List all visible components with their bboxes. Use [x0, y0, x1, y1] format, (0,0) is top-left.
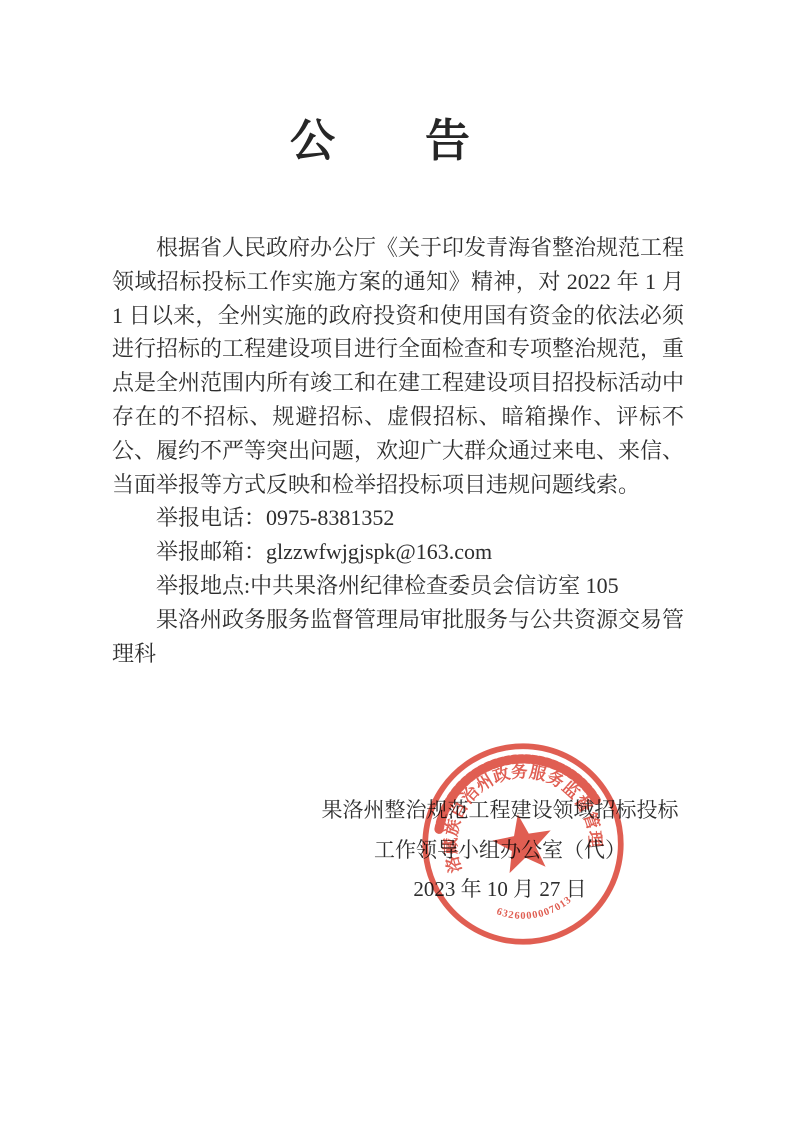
signature-org-line1: 果洛州整治规范工程建设领域招标投标 [288, 791, 712, 831]
body-paragraph: 根据省人民政府办公厅《关于印发青海省整治规范工程领域招标投标工作实施方案的通知》… [112, 231, 684, 501]
signature-block: 果洛州整治规范工程建设领域招标投标 工作领导小组办公室（代） 2023 年 10… [288, 791, 712, 910]
notice-body: 根据省人民政府办公厅《关于印发青海省整治规范工程领域招标投标工作实施方案的通知》… [112, 231, 684, 670]
report-phone-line: 举报电话：0975-8381352 [112, 501, 684, 535]
notice-document-page: 公 告 根据省人民政府办公厅《关于印发青海省整治规范工程领域招标投标工作实施方案… [0, 0, 793, 1121]
report-address-line: 举报地点:中共果洛州纪律检查委员会信访室 105 [112, 569, 684, 603]
report-email-line: 举报邮箱：glzzwfwjgjspk@163.com [112, 535, 684, 569]
signature-org-line2: 工作领导小组办公室（代） [288, 831, 712, 871]
report-office-line: 果洛州政务服务监督管理局审批服务与公共资源交易管理科 [112, 603, 684, 671]
signature-date: 2023 年 10 月 27 日 [288, 870, 712, 910]
notice-title: 公 告 [0, 104, 760, 169]
